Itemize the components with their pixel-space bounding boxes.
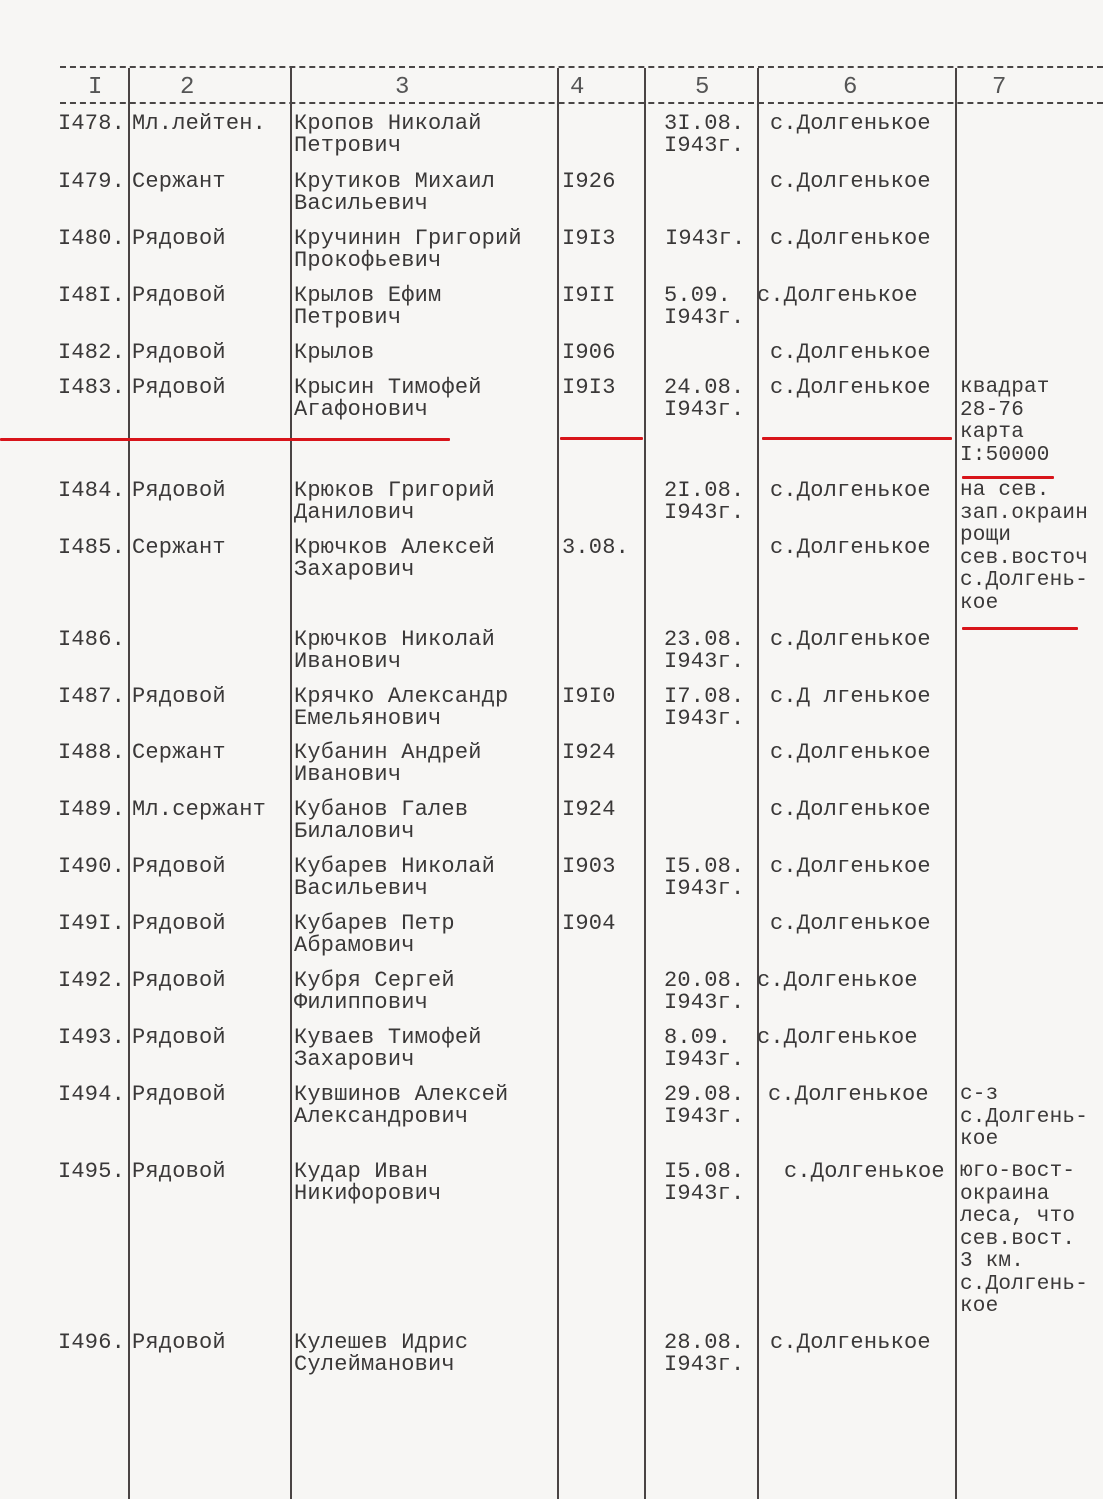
row-number: I479. — [58, 171, 125, 193]
burial-note: с-з с.Долгень- кое — [960, 1084, 1088, 1152]
birth-year: I9I0 — [562, 686, 616, 708]
row-number: I494. — [58, 1084, 125, 1106]
red-underline-mark — [962, 627, 1078, 630]
death-date: 20.08. I943г. — [664, 970, 744, 1014]
birth-year: I9I3 — [562, 377, 616, 399]
column-header: 5 — [695, 74, 709, 101]
burial-note: на сев. зап.окраин рощи сев.восточ с.Дол… — [960, 480, 1088, 615]
full-name: Кубанин Андрей Иванович — [294, 742, 482, 786]
row-number: I482. — [58, 342, 125, 364]
red-underline-mark — [560, 437, 643, 440]
rank: Рядовой — [132, 1332, 226, 1354]
full-name: Кубанов Галев Билалович — [294, 799, 468, 843]
burial-place: с.Долгенькое — [770, 228, 931, 250]
burial-place: с.Долгенькое — [770, 537, 931, 559]
header-bottom-rule — [60, 102, 1103, 104]
death-date: 28.08. I943г. — [664, 1332, 744, 1376]
rank: Рядовой — [132, 1161, 226, 1183]
row-number: I49I. — [58, 913, 125, 935]
birth-year: I903 — [562, 856, 616, 878]
burial-note: юго-вост- окраина леса, что сев.вост. 3 … — [960, 1161, 1088, 1319]
rank: Рядовой — [132, 1084, 226, 1106]
column-header: 6 — [843, 74, 857, 101]
full-name: Крячко Александр Емельянович — [294, 686, 508, 730]
row-number: I488. — [58, 742, 125, 764]
burial-place: с.Долгенькое — [770, 113, 931, 135]
burial-place: с.Д лгенькое — [770, 686, 931, 708]
header-top-rule — [60, 66, 1103, 68]
birth-year: I9I3 — [562, 228, 616, 250]
row-number: I487. — [58, 686, 125, 708]
row-number: I485. — [58, 537, 125, 559]
row-number: I478. — [58, 113, 125, 135]
death-date: I943г. — [665, 228, 745, 250]
death-date: 24.08. I943г. — [664, 377, 744, 421]
column-header: 4 — [570, 74, 584, 101]
full-name: Кубарев Петр Абрамович — [294, 913, 455, 957]
column-divider — [128, 68, 130, 1499]
column-header: I — [88, 74, 102, 101]
row-number: I492. — [58, 970, 125, 992]
full-name: Крылов — [294, 342, 374, 364]
birth-year: I924 — [562, 799, 616, 821]
rank: Рядовой — [132, 342, 226, 364]
full-name: Кропов Николай Петрович — [294, 113, 482, 157]
rank: Сержант — [132, 171, 226, 193]
burial-place: с.Долгенькое — [757, 1027, 918, 1049]
burial-place: с.Долгенькое — [770, 856, 931, 878]
full-name: Куваев Тимофей Захарович — [294, 1027, 482, 1071]
rank: Мл.сержант — [132, 799, 266, 821]
rank: Рядовой — [132, 686, 226, 708]
death-date: 2I.08. I943г. — [664, 480, 744, 524]
burial-place: с.Долгенькое — [770, 742, 931, 764]
rank: Рядовой — [132, 285, 226, 307]
column-divider — [290, 68, 292, 1499]
full-name: Крюков Григорий Данилович — [294, 480, 495, 524]
birth-year: I9II — [562, 285, 616, 307]
row-number: I484. — [58, 480, 125, 502]
column-header: 7 — [992, 74, 1006, 101]
death-date: I7.08. I943г. — [664, 686, 744, 730]
rank: Рядовой — [132, 1027, 226, 1049]
red-underline-mark — [962, 476, 1054, 479]
row-number: I495. — [58, 1161, 125, 1183]
rank: Рядовой — [132, 856, 226, 878]
rank: Сержант — [132, 537, 226, 559]
rank: Рядовой — [132, 913, 226, 935]
rank: Сержант — [132, 742, 226, 764]
death-date: 3I.08. I943г. — [664, 113, 744, 157]
row-number: I496. — [58, 1332, 125, 1354]
row-number: I480. — [58, 228, 125, 250]
burial-place: с.Долгенькое — [770, 377, 931, 399]
burial-place: с.Долгенькое — [770, 1332, 931, 1354]
rank: Рядовой — [132, 377, 226, 399]
rank: Рядовой — [132, 480, 226, 502]
burial-place: с.Долгенькое — [770, 342, 931, 364]
column-header: 3 — [395, 74, 409, 101]
full-name: Кулешев Идрис Сулейманович — [294, 1332, 468, 1376]
death-date: 8.09. I943г. — [664, 1027, 744, 1071]
burial-place: с.Долгенькое — [770, 913, 931, 935]
death-date: 5.09. I943г. — [664, 285, 744, 329]
burial-place: с.Долгенькое — [784, 1161, 945, 1183]
birth-year: I926 — [562, 171, 616, 193]
burial-place: с.Долгенькое — [770, 629, 931, 651]
death-date: I5.08. I943г. — [664, 1161, 744, 1205]
red-underline-mark — [0, 438, 450, 441]
birth-year: I906 — [562, 342, 616, 364]
full-name: Крутиков Михаил Васильевич — [294, 171, 495, 215]
birth-year: I924 — [562, 742, 616, 764]
full-name: Кубря Сергей Филиппович — [294, 970, 455, 1014]
rank: Мл.лейтен. — [132, 113, 266, 135]
column-divider — [557, 68, 559, 1499]
death-date: I5.08. I943г. — [664, 856, 744, 900]
birth-year: I904 — [562, 913, 616, 935]
full-name: Кудар Иван Никифорович — [294, 1161, 441, 1205]
full-name: Кубарев Николай Васильевич — [294, 856, 495, 900]
row-number: I486. — [58, 629, 125, 651]
burial-place: с.Долгенькое — [770, 171, 931, 193]
column-header: 2 — [180, 74, 194, 101]
burial-note: квадрат 28-76 карта I:50000 — [960, 377, 1050, 467]
death-date: 29.08. I943г. — [664, 1084, 744, 1128]
rank: Рядовой — [132, 970, 226, 992]
burial-place: с.Долгенькое — [757, 285, 918, 307]
column-divider — [644, 68, 646, 1499]
column-divider — [955, 68, 957, 1499]
full-name: Кувшинов Алексей Александрович — [294, 1084, 508, 1128]
full-name: Крысин Тимофей Агафонович — [294, 377, 482, 421]
red-underline-mark — [762, 437, 952, 440]
full-name: Крючков Николай Иванович — [294, 629, 495, 673]
row-number: I48I. — [58, 285, 125, 307]
burial-place: с.Долгенькое — [768, 1084, 929, 1106]
full-name: Крючков Алексей Захарович — [294, 537, 495, 581]
burial-place: с.Долгенькое — [757, 970, 918, 992]
row-number: I489. — [58, 799, 125, 821]
row-number: I490. — [58, 856, 125, 878]
death-date: 23.08. I943г. — [664, 629, 744, 673]
birth-year: 3.08. — [562, 537, 629, 559]
burial-place: с.Долгенькое — [770, 480, 931, 502]
full-name: Кручинин Григорий Прокофьевич — [294, 228, 522, 272]
row-number: I493. — [58, 1027, 125, 1049]
rank: Рядовой — [132, 228, 226, 250]
document-page: I234567 I478.Мл.лейтен.Кропов Николай Пе… — [0, 0, 1103, 1499]
full-name: Крылов Ефим Петрович — [294, 285, 441, 329]
burial-place: с.Долгенькое — [770, 799, 931, 821]
row-number: I483. — [58, 377, 125, 399]
